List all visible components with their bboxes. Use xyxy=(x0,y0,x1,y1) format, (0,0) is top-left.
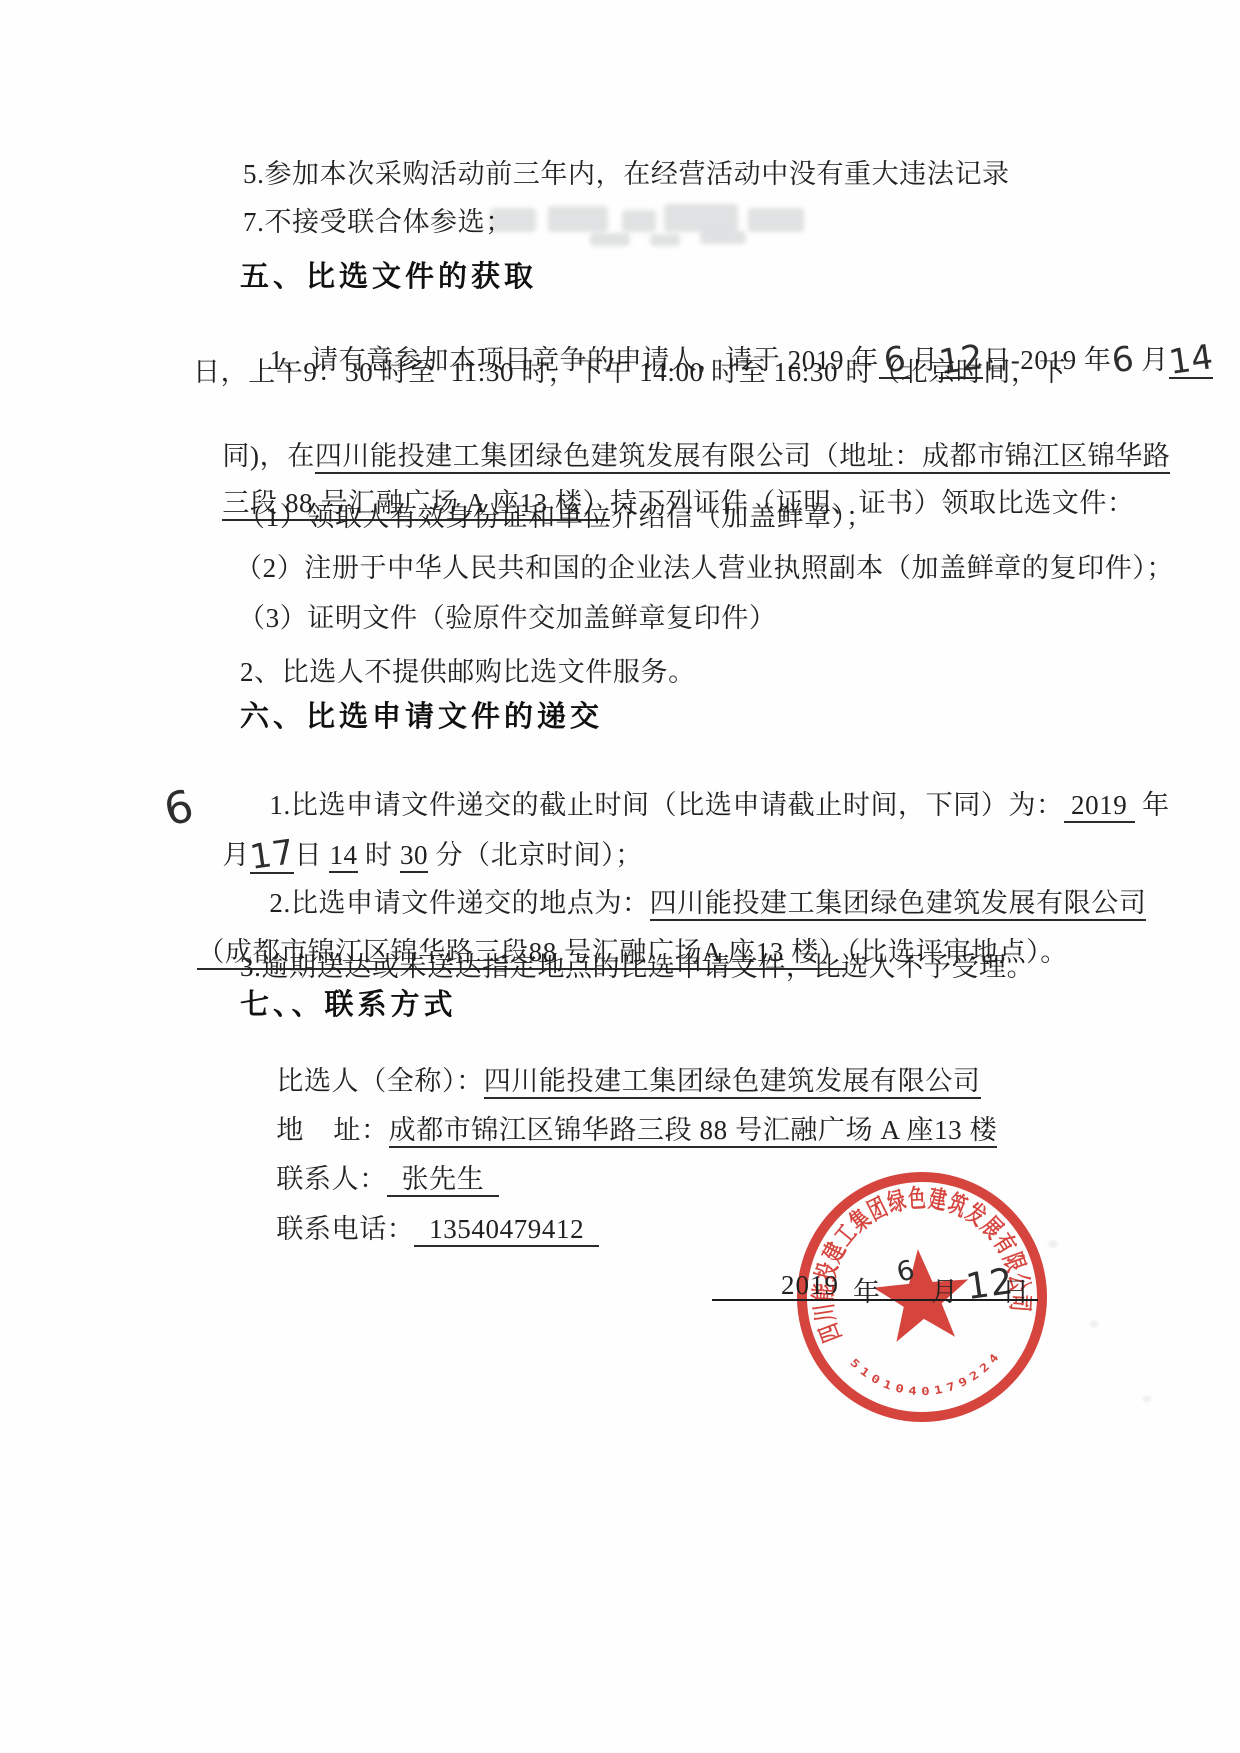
sec5-item-2-text: （2）注册于中华人民共和国的企业法人营业执照副本（加盖鲜章的复印件）； xyxy=(235,553,1174,583)
sec5-paragraph2: 2、比选人不提供邮购比选文件服务。 xyxy=(240,655,696,689)
date-day-unit: 日 xyxy=(1002,1270,1030,1309)
handwritten-month: 6 xyxy=(1109,342,1136,379)
sec6-p3-text: 3.逾期送达或未送达指定地点的比选申请文件，比选人不予受理。 xyxy=(240,952,1034,982)
clause-item-7-text: 7.不接受联合体参选； xyxy=(243,207,513,237)
contact-phone-label: 联系电话： xyxy=(276,1214,414,1244)
sec5-p1-text: 日，上午9：30 时至 11:30 时，下午 14:00 时至 16:30 时（… xyxy=(193,357,1066,387)
sec5-item-2: （2）注册于中华人民共和国的企业法人营业执照副本（加盖鲜章的复印件）； xyxy=(235,551,1174,585)
paper-speck xyxy=(1142,1396,1152,1402)
paper-speck xyxy=(1048,1240,1058,1248)
bleed-through-artifact xyxy=(664,204,738,232)
sec6-paragraph3: 3.逾期送达或未送达指定地点的比选申请文件，比选人不予受理。 xyxy=(240,950,1034,984)
section-six-heading: 六、比选申请文件的递交 xyxy=(240,700,603,734)
contact-phone-line: 联系电话： 13540479412 xyxy=(247,1178,599,1280)
bleed-through-artifact xyxy=(748,208,804,232)
deadline-year: 2019 xyxy=(1064,790,1135,823)
date-year-unit: 年 xyxy=(853,1270,881,1309)
bleed-through-artifact xyxy=(700,231,746,244)
sec5-p1-text: 月 xyxy=(1134,345,1169,375)
section-five-heading-text: 五、比选文件的获取 xyxy=(240,261,537,293)
handwritten-day-slot: 14 xyxy=(1169,341,1213,379)
bleed-through-artifact xyxy=(590,233,630,246)
clause-item-5-text: 5.参加本次采购活动前三年内，在经营活动中没有重大违法记录 xyxy=(243,159,1010,189)
handwritten-day: 14 xyxy=(1167,340,1216,380)
sec5-item-3: （3）证明文件（验原件交加盖鲜章复印件） xyxy=(238,601,777,635)
section-five-heading: 五、比选文件的获取 xyxy=(240,260,537,294)
section-six-heading-text: 六、比选申请文件的递交 xyxy=(240,701,603,733)
sec5-paragraph1-line2: 日，上午9：30 时至 11:30 时，下午 14:00 时至 16:30 时（… xyxy=(193,355,1066,389)
sec5-p2-text: 2、比选人不提供邮购比选文件服务。 xyxy=(240,657,696,687)
section-seven-heading-text: 七、、联系方式 xyxy=(240,989,457,1021)
clause-item-5: 5.参加本次采购活动前三年内，在经营活动中没有重大违法记录 xyxy=(243,157,1010,191)
clause-item-7: 7.不接受联合体参选； xyxy=(243,205,513,239)
date-year: 2019 xyxy=(781,1270,839,1301)
handwritten-month: 6 xyxy=(161,789,197,829)
sec5-item-1: （1）领取人有效身份证和单位介绍信（加盖鲜章）； xyxy=(238,500,873,534)
sec5-item-3-text: （3）证明文件（验原件交加盖鲜章复印件） xyxy=(238,603,777,633)
date-month-unit: 月 xyxy=(931,1270,959,1309)
bleed-through-artifact xyxy=(650,234,680,246)
section-seven-heading: 七、、联系方式 xyxy=(240,988,457,1022)
sec5-item-1-text: （1）领取人有效身份证和单位介绍信（加盖鲜章）； xyxy=(238,502,873,532)
bleed-through-artifact xyxy=(622,210,656,232)
paper-speck xyxy=(1090,1320,1098,1328)
contact-phone-value: 13540479412 xyxy=(414,1214,599,1247)
document-page: 5.参加本次采购活动前三年内，在经营活动中没有重大违法记录 7.不接受联合体参选… xyxy=(0,0,1240,1753)
sec6-p1-text: 年 xyxy=(1135,790,1170,820)
bleed-through-artifact xyxy=(548,206,608,232)
